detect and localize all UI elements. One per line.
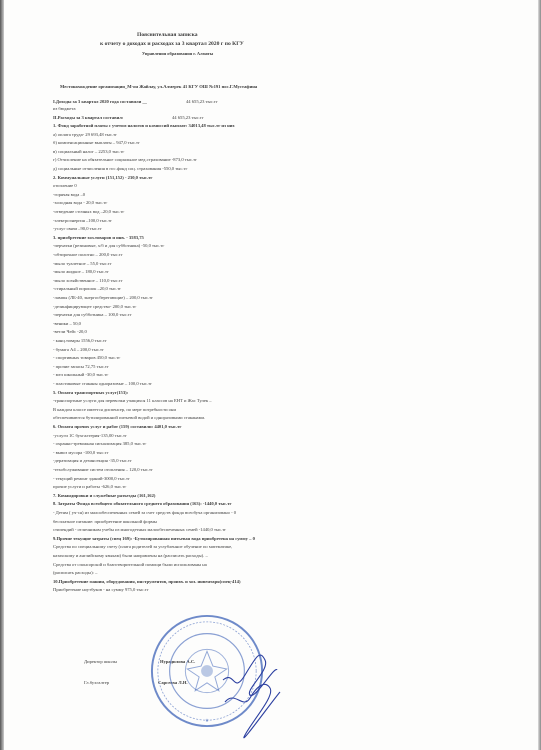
scan-edge-left xyxy=(0,0,4,750)
expense-line: (расписать расходы): – xyxy=(53,570,97,576)
doc-subtitle: к отчету о доходах и расходах за 3 кварт… xyxy=(100,41,244,47)
expense-line: -мыло туалетное – 55,0 тыс.тг xyxy=(53,261,112,267)
expense-line: б) компенсационные выплаты – 947,0 тыс.т… xyxy=(53,140,140,146)
doc-title: Пояснительная записка xyxy=(137,32,198,38)
expense-line: 9.Прочие текущие затраты (спец 169): -Бу… xyxy=(53,536,255,542)
expense-line: 2. Коммунальные услуги (151,152) - 230,0… xyxy=(53,175,153,181)
expense-line: - спортивных товаров 450,0 тыс.тг xyxy=(53,355,120,361)
expense-line: Средства от спонсорской и благотворитель… xyxy=(53,562,207,568)
expense-line: -веники – 50,0 xyxy=(53,321,81,327)
expense-line: обеспечиваются бутилированной питьевой в… xyxy=(53,415,205,421)
expenses-label: II.Расходы за 3 квартал составил: xyxy=(53,115,123,121)
expense-line: стипендий - отличникам учебы из многодет… xyxy=(53,527,226,533)
expense-line: -стиральный порошок –20,0 тыс.тг xyxy=(53,286,121,292)
svg-text:★: ★ xyxy=(205,718,210,724)
expense-line: -отведение сточных вод –20,0 тыс.тг xyxy=(53,209,124,215)
expense-line: - Детям ( уч-ся) из малообеспеченных сем… xyxy=(53,510,236,516)
expense-line: г) Отчисление на обязательное социальное… xyxy=(53,157,197,163)
expense-line: казахскому и английскому языкам) были на… xyxy=(53,553,208,559)
expense-line: - прочие запасы 72,75 тыс.тг xyxy=(53,364,109,370)
expense-line: в) социальный налог – 2253,0 тыс.тг xyxy=(53,149,124,155)
expense-line: -перчатки (резиновые, х/б и для субботни… xyxy=(53,243,164,249)
expense-line: - канц.товары 1556,0 тыс.тг xyxy=(53,338,107,344)
document-page: Пояснительная записка к отчету о доходах… xyxy=(0,0,541,750)
expense-line: бесплатное питание: приобретение школьно… xyxy=(53,519,157,525)
expense-line: прочие услуги и работы -626,0 тыс.тг xyxy=(53,484,126,490)
expense-line: -транспортные услуги для перевозки учащи… xyxy=(53,398,212,404)
expense-line: -лампы (ЛБ-40, энергосберегающие) – 200,… xyxy=(53,295,153,301)
income-label: I.Доходы за 3 квартал 2020 года составил… xyxy=(53,99,147,105)
expense-line: 3. приобретение хоз.товаров и инв. - 358… xyxy=(53,235,144,241)
director-title: Директор школы xyxy=(84,659,117,665)
expense-line: Средства по специальному счету (плата ро… xyxy=(53,544,232,550)
expense-line: - пластиковые стаканы одноразовые – 100,… xyxy=(53,381,152,387)
expense-line: -мыло хозяйственное – 110,0 тыс.тг xyxy=(53,278,123,284)
expense-line: отопление 0 xyxy=(53,183,77,189)
expense-line: 5. Оплата транспортных услуг(153): xyxy=(53,390,128,396)
expense-line: -услуги 1С бухгалтерия-135,00 тыс.тг xyxy=(53,433,127,439)
expense-line: д) социальные отчисления в гос.фонд соц.… xyxy=(53,166,187,172)
location-line: Местонахождение организации_М-он Жайлау,… xyxy=(60,84,257,90)
expense-line: -обтирочное полотно – 200,0 тыс.тг xyxy=(53,252,123,258)
expense-line: -горячая вода –0 xyxy=(53,192,85,198)
signature-icon xyxy=(215,640,285,740)
expense-line: 1. Фонд заработной платы с учетом налого… xyxy=(53,123,235,129)
expense-line: -ветли Чейс -20,0 xyxy=(53,329,87,335)
expenses-value: 44 655,23 тыс.тг xyxy=(172,115,204,121)
expense-line: -услуг связи –90,0 тыс.тг xyxy=(53,226,102,232)
expense-line: Приобретение ноутбуков - на сумму 975,0 … xyxy=(53,587,149,593)
expense-line: -техобслуживание систем отопления – 120,… xyxy=(53,467,153,473)
expense-line: - мел школьный -30,0 тыс.тг xyxy=(53,372,108,378)
expense-line: -мыло жидкое – 180,0 тыс.тг xyxy=(53,269,109,275)
expense-line: 8. Затраты Фонда всеобщего обязательного… xyxy=(53,501,232,507)
expense-line: 10.Приобретение машин, оборудования, инс… xyxy=(53,579,240,585)
expense-line: -дератизация и дезинсекция -35,0 тыс.тг xyxy=(53,458,132,464)
expense-line: -дезинфицирующее средство- 200,0 тыс.тг xyxy=(53,304,136,310)
expense-line: а) оплата труда- 29 693,48 тыс.тг xyxy=(53,132,117,138)
expense-line: - бумага А4 – 200,0 тыс.тг xyxy=(53,347,104,353)
doc-org: Управления образования г. Алматы xyxy=(142,51,213,57)
expense-line: В каждом классе имеется диспенсер, по ме… xyxy=(53,407,176,413)
expense-line: -холодная вода - 20,0 тыс.тг xyxy=(53,200,107,206)
expense-line: -электроэнергия –100,0 тыс.тг xyxy=(53,218,112,224)
expense-line: - охранно-тревожная сигнализация 385,0 т… xyxy=(53,441,146,447)
accountant-title: Гл.бухгалтер xyxy=(84,680,109,686)
expense-line: -перчатки для субботника – 100,0 тыс.тг xyxy=(53,312,132,318)
expense-line: - текущий ремонт зданий-3000,0 тыс.тг xyxy=(53,476,130,482)
expense-line: 7. Командировки и служебные разъезды (16… xyxy=(53,493,155,499)
expense-line: - вывоз мусора -100,0 тыс.тг xyxy=(53,450,109,456)
expense-line: 6. Оплата прочих услуг и работ (159) сос… xyxy=(53,424,181,430)
income-source: из бюджета xyxy=(53,106,76,112)
income-value: 44 655,23 тыс.тг xyxy=(186,99,218,105)
